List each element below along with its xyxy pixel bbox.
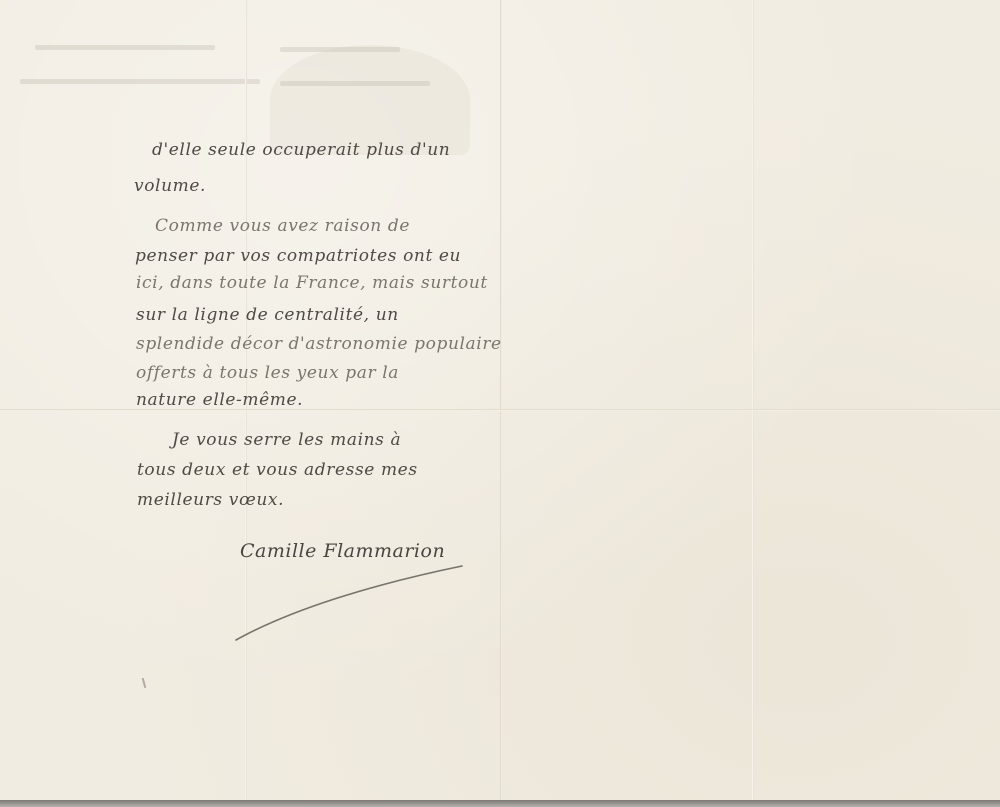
letter-line-11: tous deux et vous adresse mes	[137, 460, 418, 480]
letter-line-12: meilleurs vœux.	[137, 490, 284, 510]
signature: Camille Flammarion	[240, 540, 445, 562]
letter-sheet: d'elle seule occuperait plus d'un volume…	[0, 0, 1000, 800]
letter-line-1: d'elle seule occuperait plus d'un	[152, 140, 450, 160]
fold-line-vertical-center	[500, 0, 502, 800]
letter-line-5: ici, dans toute la France, mais surtout	[136, 273, 488, 293]
letter-line-2: volume.	[134, 176, 206, 196]
letter-line-4: penser par vos compatriotes ont eu	[135, 246, 461, 266]
letter-line-9: nature elle-même.	[136, 390, 303, 410]
ink-speck	[142, 678, 147, 688]
letter-line-6: sur la ligne de centralité, un	[136, 305, 399, 325]
letter-line-3: Comme vous avez raison de	[155, 216, 410, 236]
embossed-watermark	[270, 45, 470, 155]
letter-line-8: offerts à tous les yeux par la	[136, 363, 399, 383]
scan-bottom-edge	[0, 800, 1000, 807]
fold-line-vertical-3	[752, 0, 754, 800]
signature-flourish	[230, 560, 470, 650]
letter-line-7: splendide décor d'astronomie populaire	[136, 334, 502, 354]
letter-line-10: Je vous serre les mains à	[172, 430, 401, 450]
